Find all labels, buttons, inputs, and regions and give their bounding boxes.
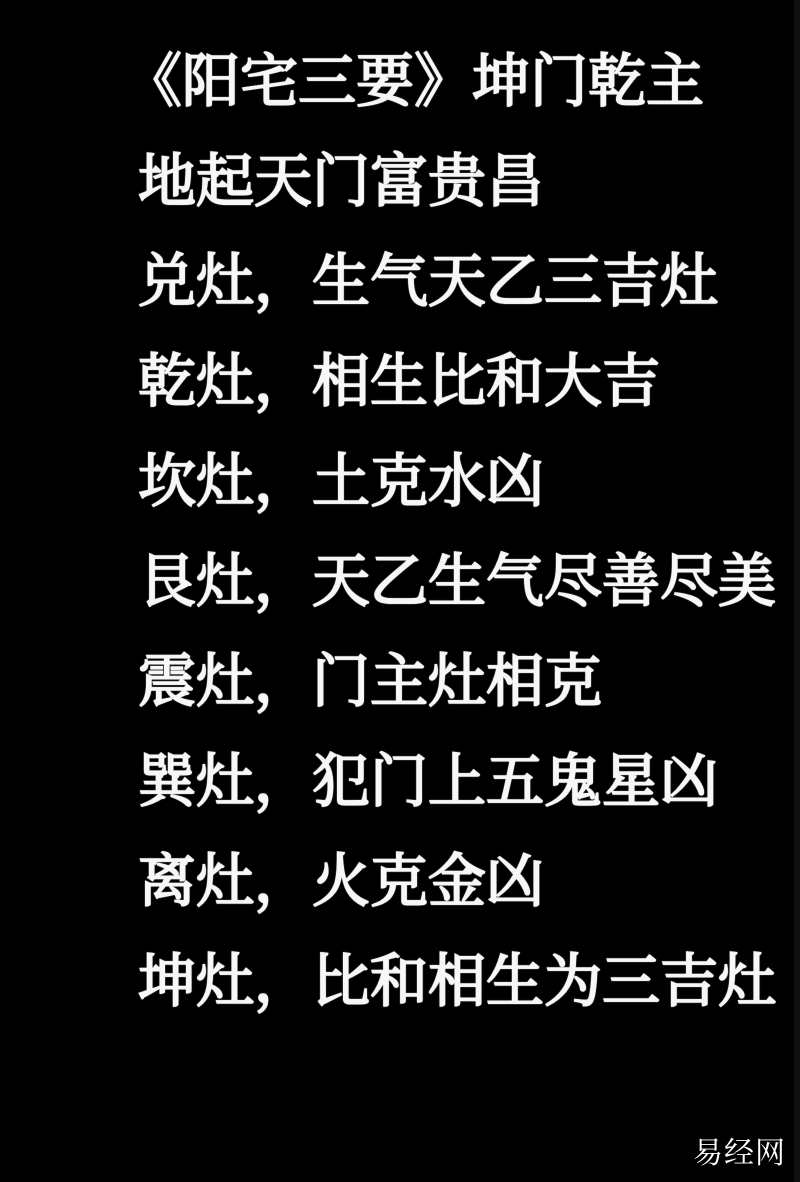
verse-line-li-stove: 离灶，火克金凶 (138, 826, 800, 926)
watermark-yijingwang: 易经网 (693, 1128, 786, 1172)
verse-line-2: 地起天门富贵昌 (138, 126, 800, 226)
verse-line-gen-stove: 艮灶，天乙生气尽善尽美 (138, 526, 800, 626)
verse-line-qian-stove: 乾灶，相生比和大吉 (138, 326, 800, 426)
verse-line-dui-stove: 兑灶，生气天乙三吉灶 (138, 226, 800, 326)
verse-line-zhen-stove: 震灶，门主灶相克 (138, 626, 800, 726)
verse-line-kan-stove: 坎灶，土克水凶 (138, 426, 800, 526)
verse-line-kun-stove: 坤灶，比和相生为三吉灶 (138, 926, 800, 1026)
slide-background: 《阳宅三要》坤门乾主 地起天门富贵昌 兑灶，生气天乙三吉灶 乾灶，相生比和大吉 … (0, 0, 800, 1182)
title-line: 《阳宅三要》坤门乾主 (124, 26, 800, 126)
right-edge-strip (794, 0, 800, 1182)
verse-line-xun-stove: 巽灶，犯门上五鬼星凶 (138, 726, 800, 826)
verse-block: 《阳宅三要》坤门乾主 地起天门富贵昌 兑灶，生气天乙三吉灶 乾灶，相生比和大吉 … (138, 26, 800, 1026)
